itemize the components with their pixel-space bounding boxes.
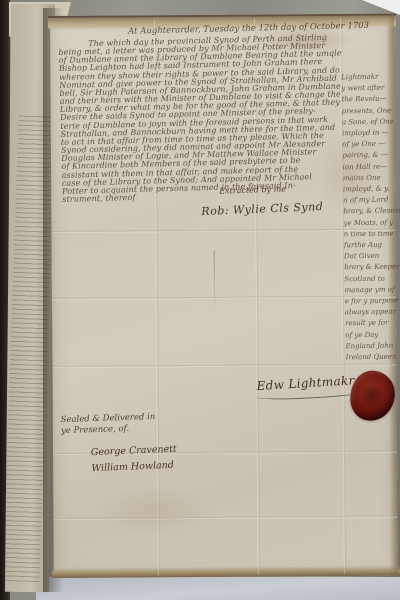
margin-note-line: the Revolu—: [341, 93, 400, 105]
margin-note-line: result ye for: [345, 318, 400, 330]
margin-note-line: always appear: [345, 306, 400, 318]
fold-crease-horizontal-5: [54, 516, 398, 520]
margin-notes: Lightmakry went afterthe Revolu—presents…: [341, 71, 400, 364]
margin-note-line: brary & Keeper: [344, 261, 400, 273]
margin-note-line: Scotland to: [344, 273, 400, 285]
parchment-crack: [214, 251, 215, 313]
attestation-block: Sealed & Delivered inye Presence, of.: [61, 412, 156, 437]
parchment-stain: [93, 485, 213, 536]
margin-note-line: Lightmakr: [341, 71, 400, 83]
margin-note-line: brary, & Cleansing: [343, 205, 400, 217]
table-cloth: [36, 577, 400, 600]
attestation-line: ye Presence, of.: [61, 423, 156, 437]
margin-note-line: n of my Lord: [343, 194, 400, 206]
margin-note-line: Ireland Queen: [346, 351, 400, 363]
photograph-of-manuscript: At Aughterarder, Tuesday the 12th day of…: [0, 0, 400, 600]
margin-note-line: n time to time: [344, 228, 400, 240]
margin-note-line: manage ym of: [344, 284, 400, 296]
margin-note-line: y went after: [341, 82, 400, 94]
margin-note-line: ion Hall re—: [343, 161, 400, 173]
margin-note-line: presents, One: [342, 105, 400, 117]
margin-note-line: imployd, & y.: [343, 183, 400, 195]
margin-note-line: imployd in —: [342, 127, 400, 139]
document-body: The which day the provinciall Synod of P…: [58, 33, 362, 204]
fold-crease-horizontal-3: [52, 364, 396, 368]
margin-note-line: pairing, & —: [342, 149, 400, 161]
margin-note-line: a Sone, of One: [342, 116, 400, 128]
margin-note-line: England John: [345, 340, 400, 352]
margin-note-line: ye Moats, of y: [343, 217, 400, 229]
clerk-signature: Rob: Wylie Cls Synd: [201, 200, 323, 218]
margin-note-line: mains One: [343, 172, 400, 184]
margin-note-line: of ye One —: [342, 138, 400, 150]
margin-note-line: furthe Aug: [344, 239, 400, 251]
witness-signature: William Howland: [91, 457, 178, 476]
margin-note-line: e for y purpose: [345, 295, 400, 307]
manuscript-page: At Aughterarder, Tuesday the 12th day of…: [50, 14, 398, 578]
margin-note-line: of ye Day: [345, 329, 400, 341]
wax-seal-impression: [360, 382, 384, 408]
margin-note-line: Dat Given: [344, 250, 400, 262]
witness-signatures: George CravenettWilliam Howland: [90, 442, 177, 477]
